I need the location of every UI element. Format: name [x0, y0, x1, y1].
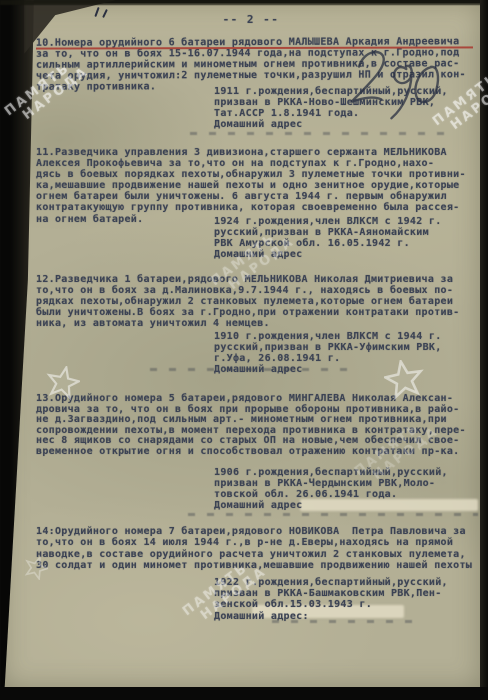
entry-12-credentials: 1910 г.рождения,член ВЛКСМ с 1944 г.русс… — [214, 332, 442, 376]
scan-border-bottom — [0, 687, 488, 700]
text-line: рядках пехоты,обнаружил 2 станковых пуле… — [36, 296, 459, 307]
scanned-document-page: -- 2 -- 10.Номера орудийного 6 батареи р… — [0, 0, 488, 700]
entry-12-text: 12.Разведчика 1 батареи,рядового МЕЛЬНИК… — [36, 274, 459, 329]
scan-border-top — [0, 0, 488, 5]
text-line: зенской обл.15.03.1943 г. — [214, 599, 448, 610]
smudge-dashes — [188, 513, 478, 516]
text-line: огнем батареи были уничтожены. 6 августа… — [36, 191, 466, 202]
text-line: ка,мешавшие продвижение нашей пехоты и о… — [36, 180, 466, 191]
text-line: то,что он в боях за д.Малиновка,9.7.1944… — [36, 285, 459, 296]
text-line: были уничтожены.В боях за г.Гродно,при о… — [36, 307, 459, 318]
text-line: контратакующую группу противника, котора… — [36, 202, 466, 213]
handwritten-number-290 — [340, 41, 444, 136]
text-line: 30 солдат и один миномет противника,меша… — [36, 560, 472, 571]
text-line: наводке,в составе орудийного расчета уни… — [36, 549, 472, 560]
text-line: дясь в боевых порядках пехоты,обнаружил … — [36, 169, 466, 180]
text-line: временное открытие огня и способствовал … — [36, 447, 466, 458]
scan-border-right — [480, 0, 488, 700]
entry-14-text: 14:Орудийного номера 7 батареи,рядового … — [36, 526, 472, 572]
text-line: 14:Орудийного номера 7 батареи,рядового … — [36, 526, 472, 537]
text-line: то,что он в боях 14 июля 1944 г.,в р-не … — [36, 537, 472, 548]
entry-13-credentials: 1906 г.рождения,беспартийный,русский,при… — [214, 468, 448, 512]
text-line: 12.Разведчика 1 батареи,рядового МЕЛЬНИК… — [36, 274, 459, 285]
entry-14-credentials: 1922 г.рождения,беспартийный,русский,при… — [214, 577, 448, 622]
entry-13-text: 13.Орудийного номера 5 батареи,рядового … — [36, 394, 466, 458]
text-line: призван в РККА-Башмаковским РВК,Пен- — [214, 588, 448, 599]
entry-11-text: 11.Разведчика управления 3 дивизиона,ста… — [36, 147, 466, 225]
text-line: Домашний адрес: — [214, 611, 448, 622]
text-line: Домашний адрес — [214, 250, 442, 261]
text-line: Домашний адрес — [214, 501, 448, 512]
text-line: Домашний адрес — [214, 365, 442, 376]
text-line: Алексея Прокофьевича за то,что он на под… — [36, 158, 466, 169]
text-line: ника, из автомата уничтожил 4 немцев. — [36, 318, 459, 329]
text-line: 13.Орудийного номера 5 батареи,рядового … — [36, 394, 466, 405]
page-number: -- 2 -- — [196, 13, 306, 26]
entry-11-credentials: 1924 г.рождения,член ВЛКСМ с 1942 г.русс… — [214, 217, 442, 261]
text-line: 11.Разведчика управления 3 дивизиона,ста… — [36, 147, 466, 158]
text-line: 1922 г.рождения,беспартийный,русский, — [214, 577, 448, 588]
